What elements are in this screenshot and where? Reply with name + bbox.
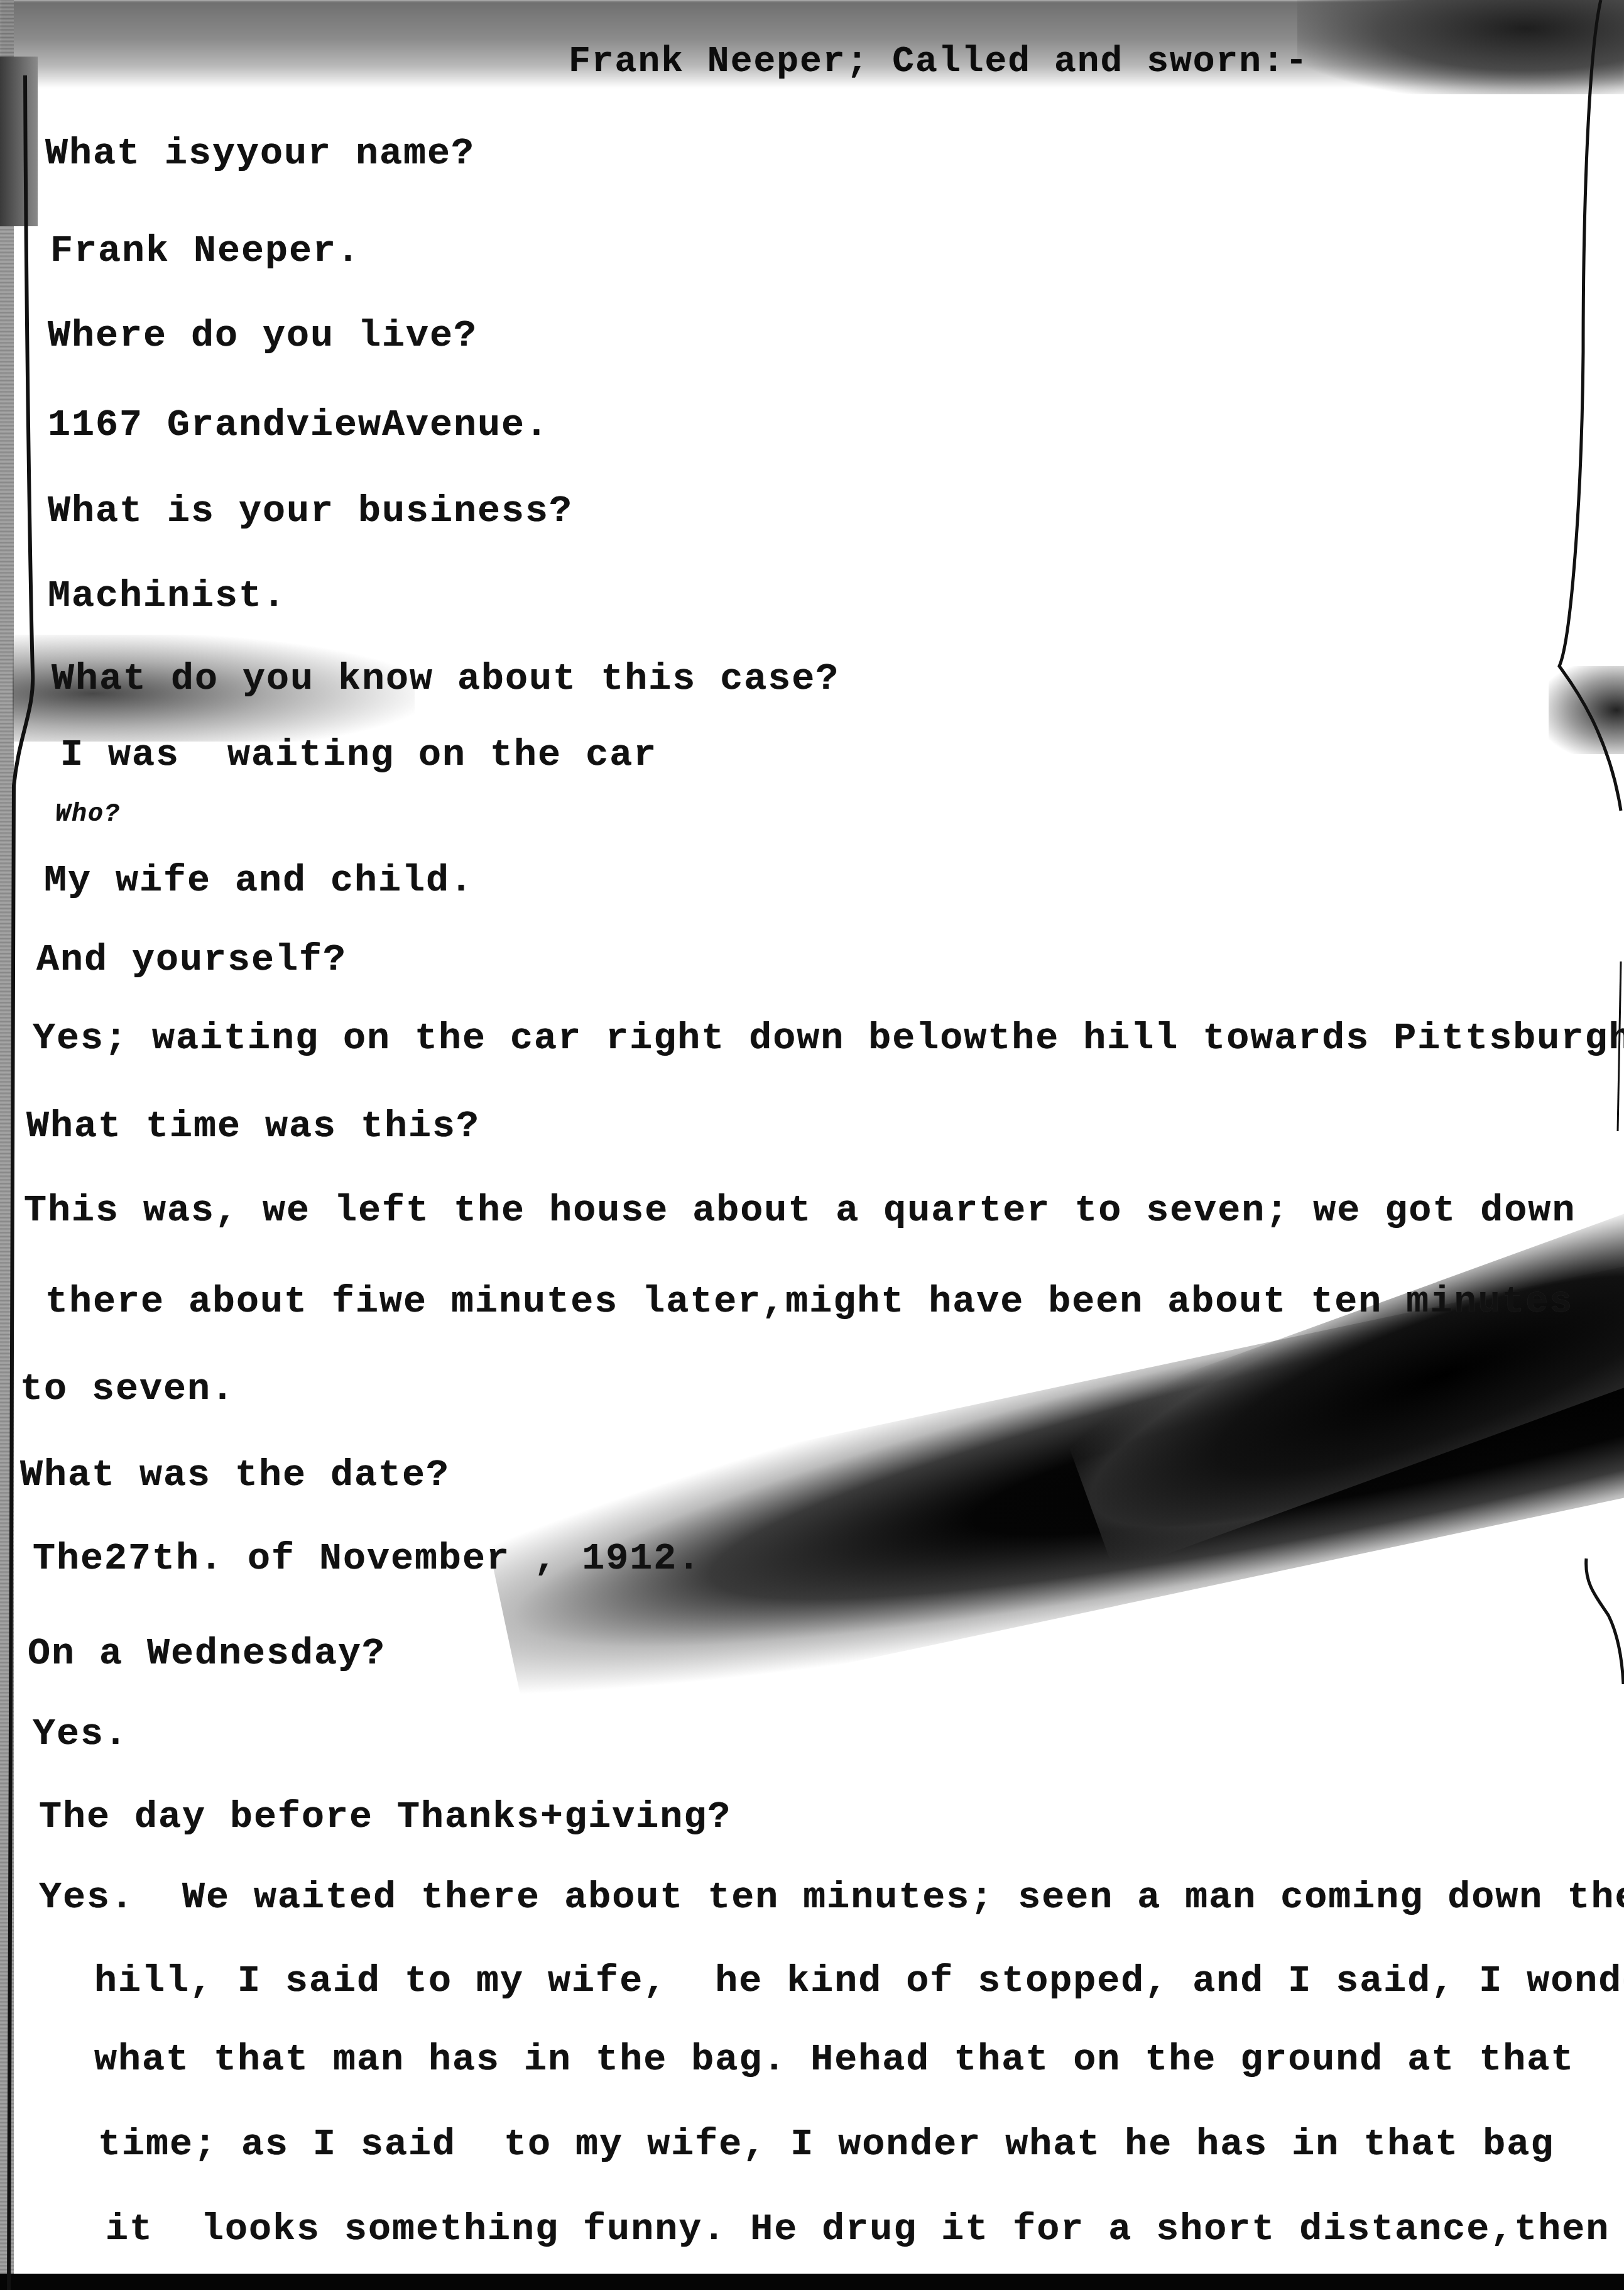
question-line: Who? [55,803,121,828]
right-edge-smudge [1549,666,1624,754]
answer-line: My wife and child. [44,862,474,900]
document-page: Frank Neeper; Called and sworn:- What is… [0,0,1624,2290]
top-right-scan-smudge [1297,0,1624,94]
answer-line: Yes; waiting on the car right down below… [33,1020,1624,1058]
answer-line: Frank Neeper. [50,233,361,270]
left-edge-strip [0,0,14,2290]
question-line: The day before Thanks+giving? [39,1799,731,1836]
answer-line: The27th. of November , 1912. [33,1540,701,1578]
question-line: What was the date? [20,1457,450,1494]
question-line: What do you know about this case? [52,660,839,698]
answer-line: Yes. [33,1716,128,1753]
answer-line: 1167 GrandviewAvenue. [48,407,549,444]
answer-line: there about fiwe minutes later,might hav… [45,1283,1573,1321]
answer-line: what that man has in the bag. Hehad that… [94,2041,1574,2079]
question-line: What isyyour name? [45,135,475,173]
question-line: What time was this? [26,1108,480,1146]
left-edge-dark-smudge [0,57,38,226]
question-line: Where do you live? [48,317,477,355]
answer-line: I was waiting on the car [60,737,657,774]
answer-line: Yes. We waited there about ten minutes; … [39,1879,1624,1917]
answer-line: it looks something funny. He drug it for… [106,2211,1610,2249]
answer-line: time; as I said to my wife, I wonder wha… [98,2126,1554,2164]
question-line: What is your business? [48,493,573,530]
answer-line: This was, we left the house about a quar… [24,1192,1576,1230]
answer-line: hill, I said to my wife, he kind of stop… [94,1963,1624,2000]
document-title: Frank Neeper; Called and sworn:- [569,44,1309,80]
answer-line: to seven. [20,1371,235,1408]
question-line: On a Wednesday? [28,1635,386,1673]
bottom-edge-band [0,2274,1624,2290]
question-line: And yourself? [36,941,347,979]
answer-line: Machinist. [48,578,286,615]
